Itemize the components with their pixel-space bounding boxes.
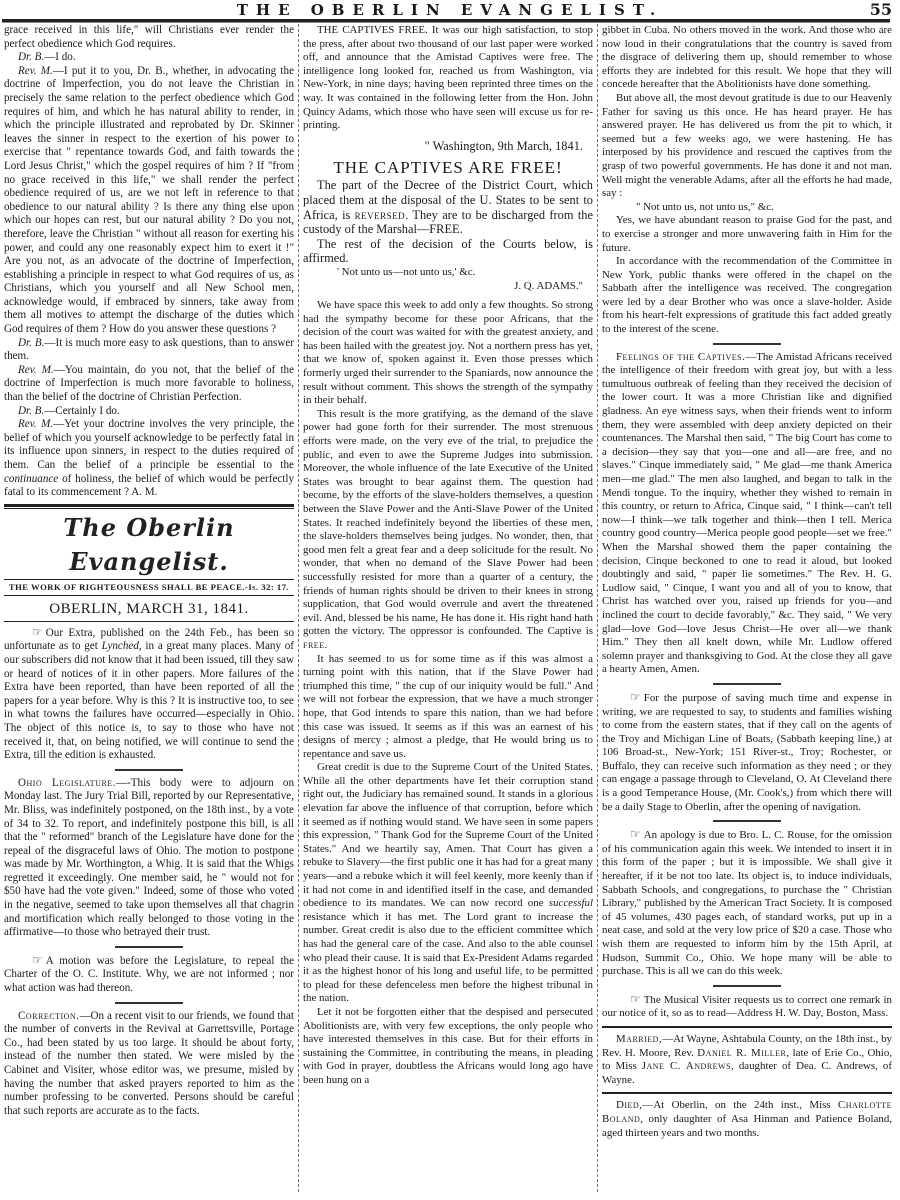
letter-dateline: " Washington, 9th March, 1841. [303, 139, 593, 154]
notice-died: Died,—At Oberlin, on the 24th inst., Mis… [602, 1099, 892, 1140]
notice-married: Married,—At Wayne, Ashtabula County, on … [602, 1033, 892, 1087]
section-heading: Correction. [18, 1010, 79, 1022]
section-heading: Ohio Legislature. [18, 777, 116, 789]
notice-motion: ☞A motion was before the Legislature, to… [4, 954, 294, 996]
header-rule [2, 19, 890, 23]
notice-correction: Correction.—On a recent visit to our fri… [4, 1010, 294, 1119]
article-paragraph: It has seemed to us for some time as if … [303, 653, 593, 762]
section-divider [602, 1026, 892, 1028]
dialogue-paragraph: grace received in this life," will Chris… [4, 24, 294, 51]
pointing-hand-icon: ☞ [616, 691, 641, 705]
letter-paragraph: The part of the Decree of the District C… [303, 178, 593, 236]
section-divider [713, 343, 781, 345]
section-divider [115, 769, 183, 771]
section-divider [602, 1092, 892, 1094]
pointing-hand-icon: ☞ [616, 828, 641, 842]
dialogue-paragraph: Dr. B.—I do. [4, 51, 294, 65]
page-header: THE OBERLIN EVANGELIST. 55 [0, 0, 900, 20]
section-divider [115, 946, 183, 948]
letter-headline: THE CAPTIVES ARE FREE! [303, 157, 593, 178]
section-heading: Married, [616, 1033, 662, 1045]
article-quote: " Not unto us, not unto us," &c. [602, 201, 892, 215]
masthead-motto: THE WORK OF RIGHTEOUSNESS SHALL BE PEACE… [4, 579, 294, 596]
column-right: gibbet in Cuba. No others moved in the w… [602, 24, 892, 1140]
column-left: grace received in this life," will Chris… [4, 24, 294, 1118]
article-paragraph: Great credit is due to the Supreme Court… [303, 761, 593, 1006]
article-paragraph: Let it not be forgotten either that the … [303, 1006, 593, 1088]
masthead-rule [4, 504, 294, 509]
section-heading: Died, [616, 1099, 642, 1111]
page-number: 55 [870, 1, 892, 19]
speaker-label: Rev. M. [18, 418, 53, 430]
speaker-label: Dr. B. [18, 51, 44, 63]
column-divider [597, 24, 598, 1192]
article-paragraph: But above all, the most devout gratitude… [602, 92, 892, 201]
column-divider [298, 24, 299, 1192]
notice-extra: ☞Our Extra, published on the 24th Feb., … [4, 626, 294, 763]
column-middle: THE CAPTIVES FREE. It was our high satis… [303, 24, 593, 1088]
article-paragraph: gibbet in Cuba. No others moved in the w… [602, 24, 892, 92]
letter-signature: J. Q. ADAMS." [303, 280, 593, 294]
dialogue-paragraph: Dr. B.—It is much more easy to ask quest… [4, 337, 294, 364]
article-paragraph: In accordance with the recommendation of… [602, 255, 892, 337]
section-divider [713, 820, 781, 822]
speaker-label: Dr. B. [18, 337, 44, 349]
speaker-label: Rev. M. [18, 65, 53, 77]
masthead-title: The Oberlin Evangelist. [4, 511, 294, 579]
notice-ohio-legislature: Ohio Legislature.—-This body were to adj… [4, 777, 294, 940]
letter-quote: ' Not unto us—not unto us,' &c. [303, 266, 593, 280]
dateline: OBERLIN, MARCH 31, 1841. [4, 596, 294, 622]
notice-feelings-of-captives: Feelings of the Captives.—The Amistad Af… [602, 351, 892, 677]
notice-travel: ☞For the purpose of saving much time and… [602, 691, 892, 814]
dialogue-paragraph: Rev. M.—You maintain, do you not, that t… [4, 364, 294, 405]
letter-paragraph: The rest of the decision of the Courts b… [303, 237, 593, 266]
section-divider [713, 683, 781, 685]
running-title: THE OBERLIN EVANGELIST. [0, 1, 900, 19]
section-heading: Feelings of the Captives. [616, 351, 745, 363]
section-divider [115, 1002, 183, 1004]
dialogue-paragraph: Rev. M.—I put it to you, Dr. B., whether… [4, 65, 294, 337]
pointing-hand-icon: ☞ [616, 993, 641, 1007]
notice-apology: ☞An apology is due to Bro. L. C. Rouse, … [602, 828, 892, 979]
speaker-label: Rev. M. [18, 364, 54, 376]
pointing-hand-icon: ☞ [18, 626, 43, 640]
article-paragraph: This result is the more gratifying, as t… [303, 408, 593, 653]
notice-musical-visiter: ☞The Musical Visiter requests us to corr… [602, 993, 892, 1021]
section-divider [713, 985, 781, 987]
captives-intro: THE CAPTIVES FREE. It was our high satis… [303, 24, 593, 133]
dialogue-paragraph: Dr. B.—Certainly I do. [4, 405, 294, 419]
dialogue-paragraph: Rev. M.—Yet your doctrine involves the v… [4, 418, 294, 500]
article-paragraph: Yes, we have abundant reason to praise G… [602, 214, 892, 255]
article-paragraph: We have space this week to add only a fe… [303, 299, 593, 408]
pointing-hand-icon: ☞ [18, 954, 43, 968]
speaker-label: Dr. B. [18, 405, 44, 417]
